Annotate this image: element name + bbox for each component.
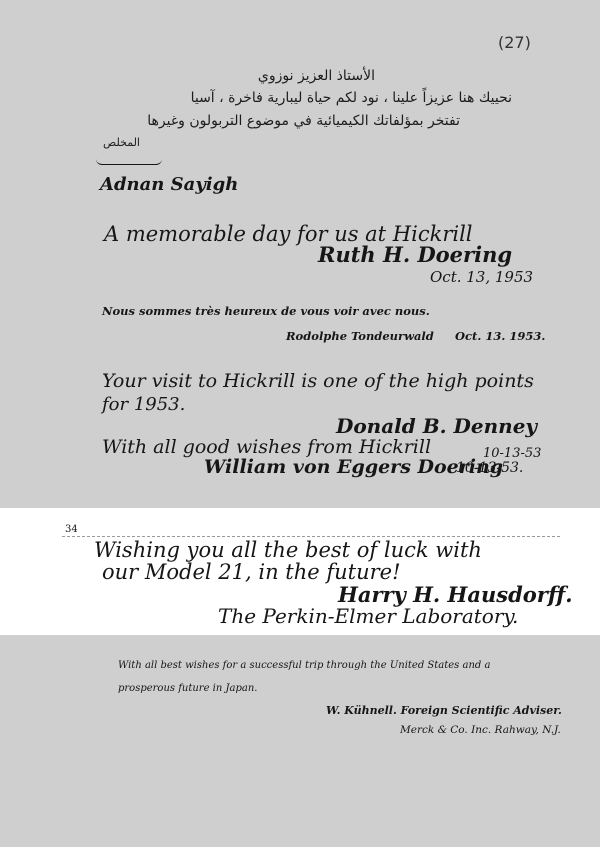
message-line: Your visit to Hickrill is one of the hig… — [102, 370, 534, 392]
message-line: With all good wishes from Hickrill — [102, 436, 431, 458]
message-line: prosperous future in Japan. — [118, 683, 257, 694]
strip-rule — [62, 536, 560, 537]
signature-ruth-doering: Ruth H. Doering — [318, 242, 512, 267]
signature-rodolphe-tondeurwald: Rodolphe Tondeurwald — [286, 329, 434, 343]
page-number: (27) — [498, 33, 531, 52]
guestbook-page: (27) الأستاذ العزيز نوزوي نحييك هنا عزيز… — [0, 0, 600, 847]
affiliation: The Perkin-Elmer Laboratory. — [218, 604, 518, 628]
signature-adnan-sayigh: Adnan Sayigh — [100, 174, 238, 195]
signature-donald-denney: Donald B. Denney — [336, 414, 537, 438]
message-line: With all best wishes for a successful tr… — [118, 660, 490, 671]
entry-date: Oct. 13. 1953. — [455, 329, 545, 343]
arabic-line-3: تفتخر بمؤلفاتك الكيميائية في موضوع الترب… — [147, 113, 460, 129]
strip-number: 34 — [65, 524, 78, 535]
message-line: Wishing you all the best of luck with — [94, 538, 482, 562]
arabic-line-2: نحييك هنا عزيزاً علينا ، نود لكم حياة لي… — [191, 90, 512, 106]
signature-w-kuhnell: W. Kühnell. Foreign Scientific Adviser. — [326, 704, 562, 717]
entry-date: Oct. 13, 1953 — [430, 268, 533, 286]
affiliation: Merck & Co. Inc. Rahway, N.J. — [400, 724, 561, 736]
message-line: for 1953. — [102, 394, 185, 415]
arabic-closing: المخلص — [103, 136, 140, 149]
arabic-line-1: الأستاذ العزيز نوزوي — [258, 68, 375, 84]
message-line: Nous sommes très heureux de vous voir av… — [102, 304, 430, 318]
entry-date: 10-13-53. — [456, 460, 523, 476]
message-line: our Model 21, in the future! — [102, 560, 401, 584]
arabic-signature-flourish — [96, 150, 162, 165]
